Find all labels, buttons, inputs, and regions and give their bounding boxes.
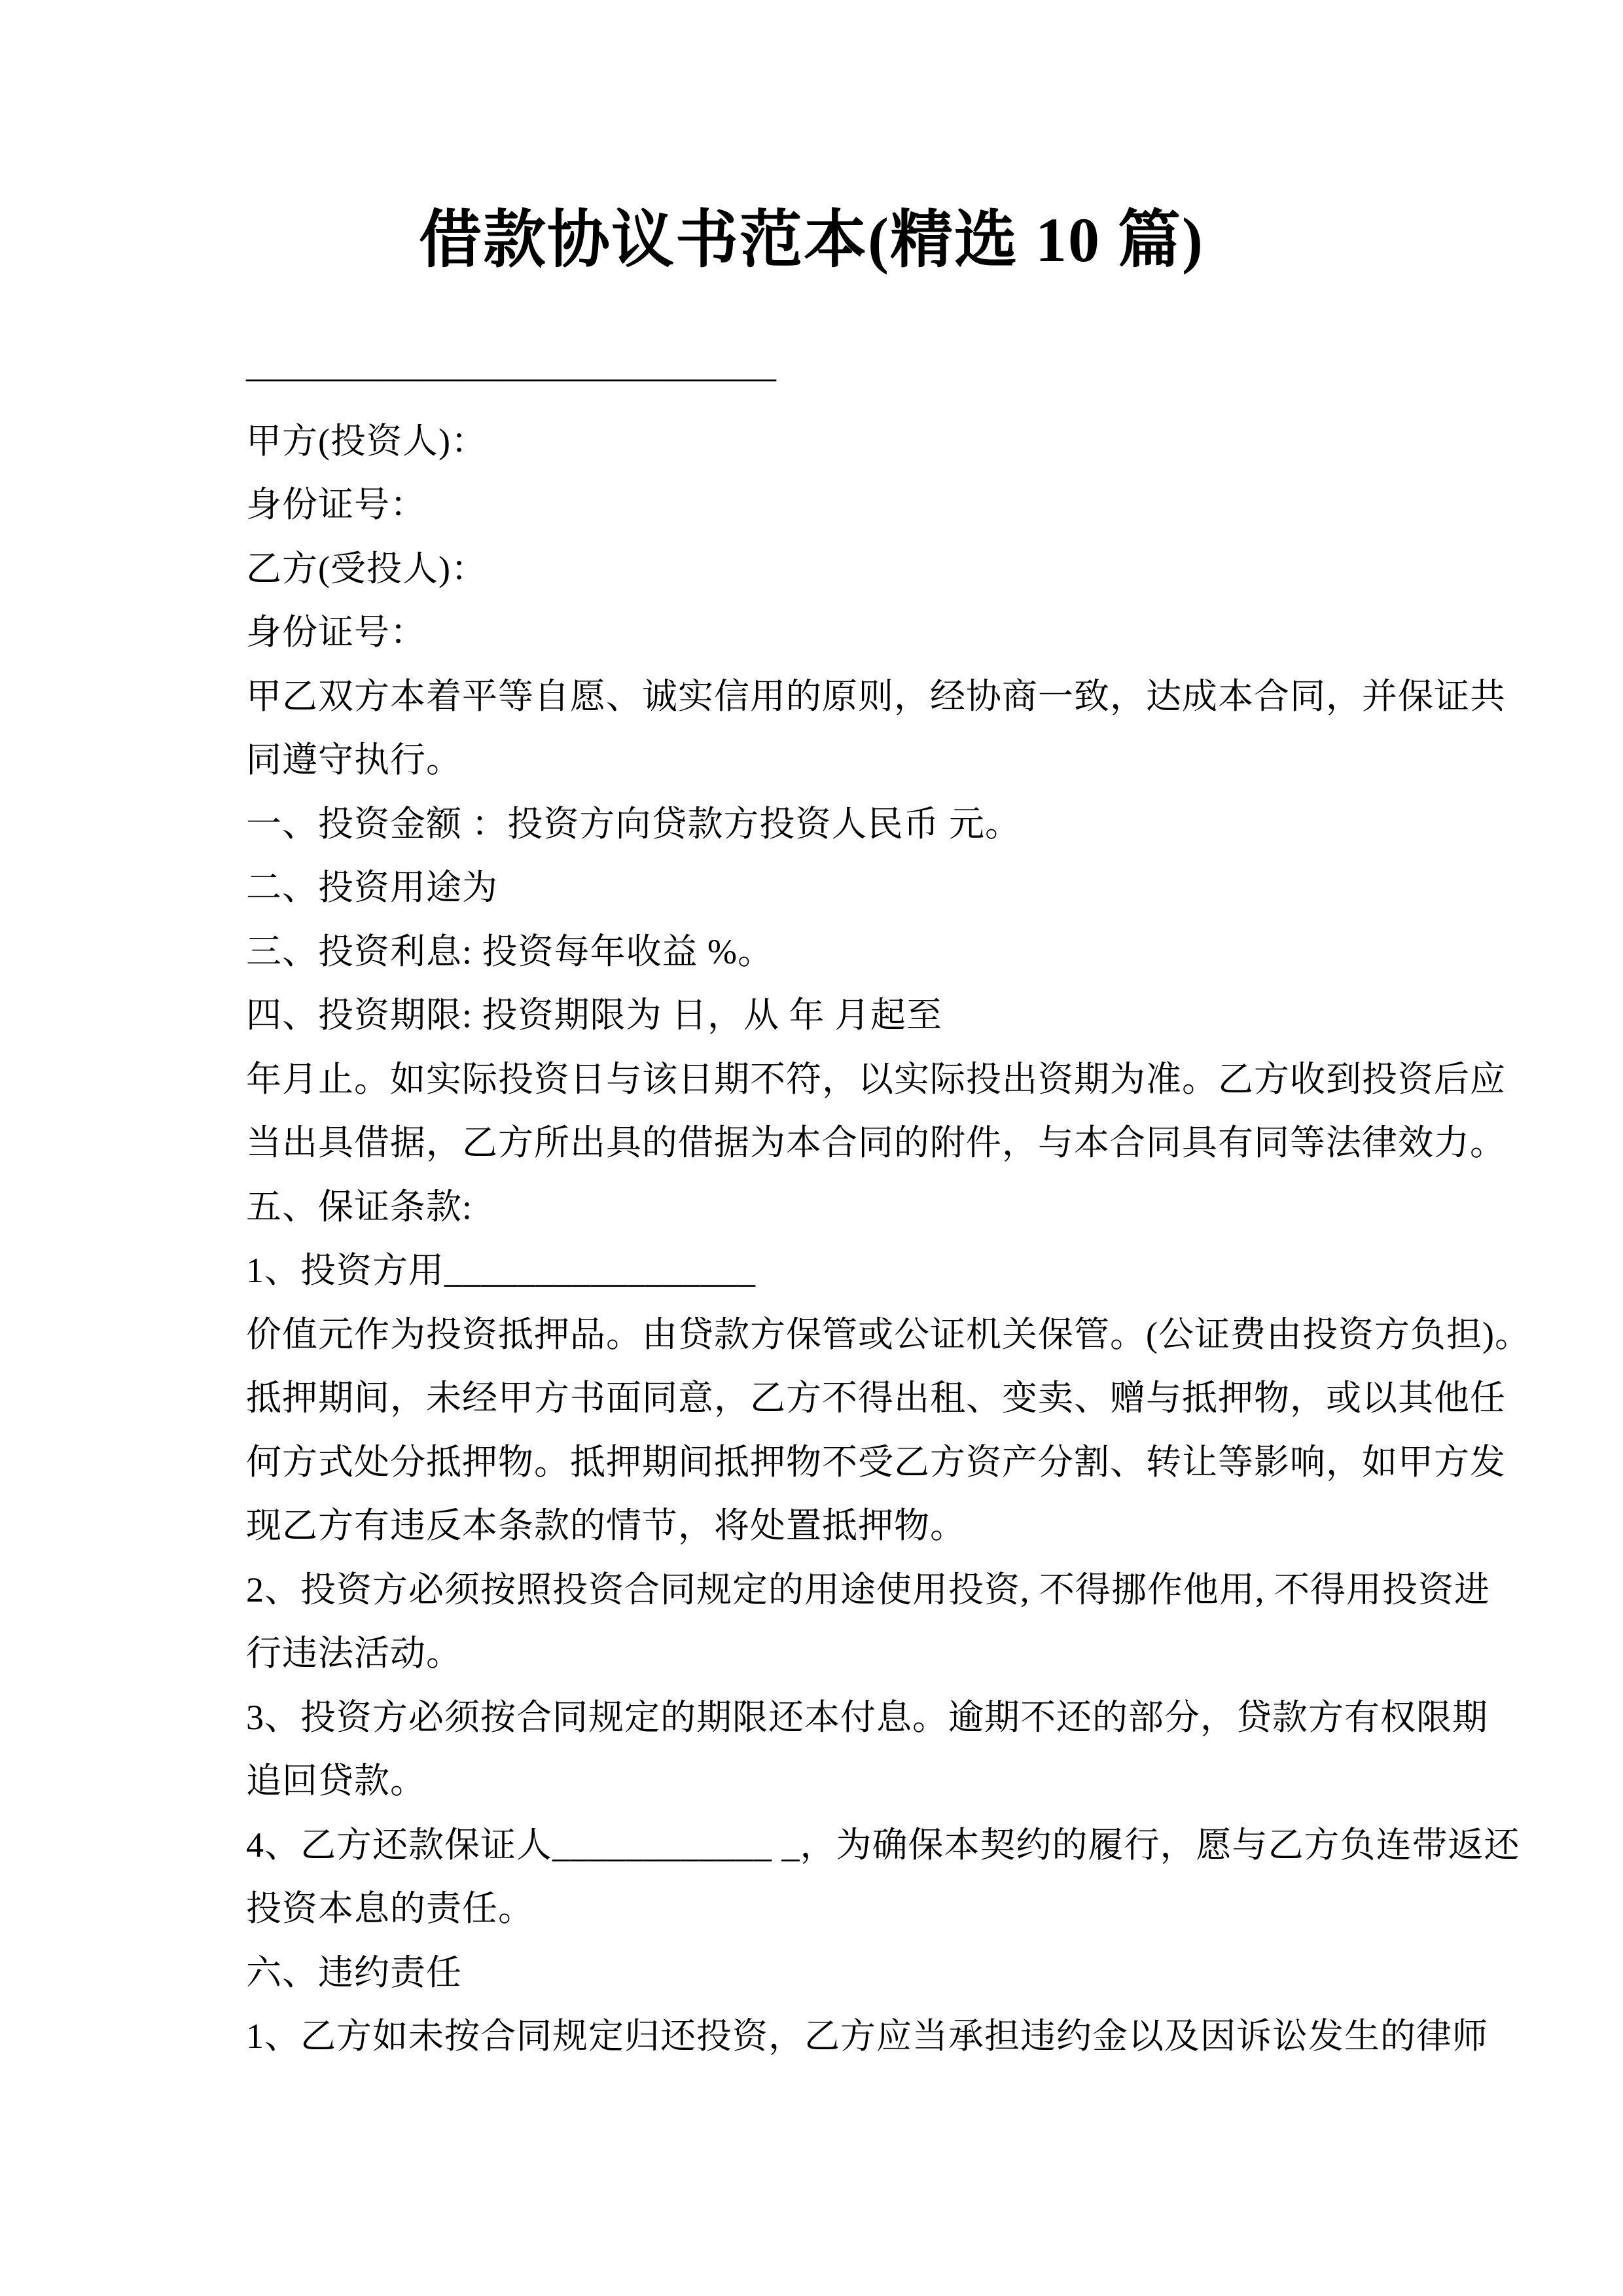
clause-2-line: 二、投资用途为 bbox=[246, 856, 1404, 920]
clause-4-line-2: 年月止。如实际投资日与该日期不符，以实际投出资期为准。乙方收到投资后应 bbox=[246, 1048, 1404, 1112]
party-a-id-line: 身份证号： bbox=[246, 473, 1404, 537]
clause-5-item-2: 2、投资方必须按照投资合同规定的用途使用投资, 不得挪作他用, 不得用投资进 bbox=[246, 1558, 1404, 1623]
clause-5-item-1e: 现乙方有违反本条款的情节，将处置抵押物。 bbox=[246, 1494, 1404, 1558]
document-title: 借款协议书范本(精选 10 篇) bbox=[0, 198, 1623, 283]
clause-5-item-3: 3、投资方必须按合同规定的期限还本付息。逾期不还的部分，贷款方有权限期 bbox=[246, 1686, 1404, 1750]
clause-5-item-3b: 追回贷款。 bbox=[246, 1749, 1404, 1814]
clause-5-item-4b: 投资本息的责任。 bbox=[246, 1877, 1404, 1941]
clause-5-heading: 五、保证条款: bbox=[246, 1175, 1404, 1240]
clause-6-item-1: 1、乙方如未按合同规定归还投资，乙方应当承担违约金以及因诉讼发生的律师 bbox=[246, 2005, 1404, 2069]
clause-5-item-2b: 行违法活动。 bbox=[246, 1622, 1404, 1686]
clause-1-line: 一、投资金额 ：投资方向贷款方投资人民币 元。 bbox=[246, 793, 1404, 857]
divider-dashes: ——————————————— bbox=[246, 346, 1404, 410]
clause-6-heading: 六、违约责任 bbox=[246, 1941, 1404, 2005]
clause-5-item-1c: 抵押期间，未经甲方书面同意，乙方不得出租、变卖、赠与抵押物，或以其他任 bbox=[246, 1367, 1404, 1431]
party-a-line: 甲方(投资人)： bbox=[246, 410, 1404, 474]
document-body: ——————————————— 甲方(投资人)： 身份证号： 乙方(受投人)： … bbox=[246, 346, 1404, 2069]
preamble-line-1: 甲乙双方本着平等自愿、诚实信用的原则，经协商一致，达成本合同，并保证共 bbox=[246, 665, 1404, 729]
document-page: 借款协议书范本(精选 10 篇) ——————————————— 甲方(投资人)… bbox=[0, 0, 1623, 2296]
clause-5-item-1: 1、投资方用_________________ bbox=[246, 1239, 1404, 1303]
party-b-id-line: 身份证号： bbox=[246, 601, 1404, 665]
clause-4-line-1: 四、投资期限: 投资期限为 日，从 年 月起至 bbox=[246, 984, 1404, 1048]
clause-5-item-1b: 价值元作为投资抵押品。由贷款方保管或公证机关保管。(公证费由投资方负担)。 bbox=[246, 1303, 1404, 1367]
clause-4-line-3: 当出具借据，乙方所出具的借据为本合同的附件，与本合同具有同等法律效力。 bbox=[246, 1111, 1404, 1175]
clause-5-item-4: 4、乙方还款保证人____________ _，为确保本契约的履行，愿与乙方负连… bbox=[246, 1814, 1404, 1878]
clause-5-item-1d: 何方式处分抵押物。抵押期间抵押物不受乙方资产分割、转让等影响，如甲方发 bbox=[246, 1431, 1404, 1495]
preamble-line-2: 同遵守执行。 bbox=[246, 728, 1404, 793]
clause-3-line: 三、投资利息: 投资每年收益 %。 bbox=[246, 920, 1404, 984]
party-b-line: 乙方(受投人)： bbox=[246, 537, 1404, 601]
